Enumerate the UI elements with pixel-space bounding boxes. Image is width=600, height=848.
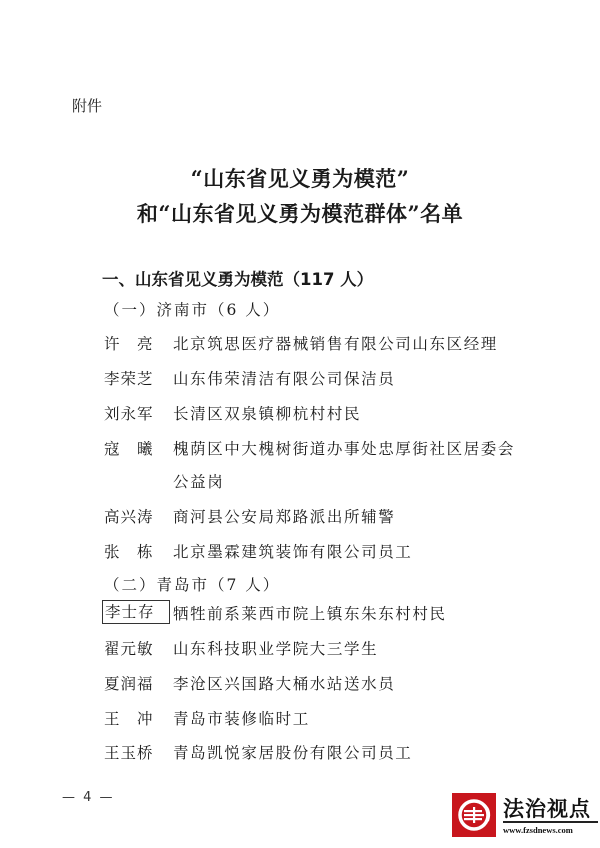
person-name: 许 亮	[104, 332, 166, 354]
person-description: 长清区双泉镇柳杭村村民	[173, 402, 361, 424]
document-title-line2: 和“山东省见义勇为模范群体”名单	[0, 198, 600, 228]
person-name: 李荣芝	[104, 367, 166, 389]
watermark-url: www.fzsdnews.com	[503, 825, 573, 835]
person-name: 寇 曦	[104, 437, 166, 459]
subsection-heading-jinan: （一）济南市（6 人）	[104, 298, 280, 320]
person-name: 张 栋	[104, 540, 166, 562]
subsection-heading-qingdao: （二）青岛市（7 人）	[104, 573, 280, 595]
page-number: — 4 —	[62, 790, 115, 805]
person-description: 山东科技职业学院大三学生	[173, 637, 378, 659]
person-description: 李沧区兴国路大桶水站送水员	[173, 672, 395, 694]
person-name-highlighted: 李士存	[102, 600, 170, 624]
watermark-divider	[503, 821, 598, 823]
watermark-name: 法治视点	[503, 793, 591, 823]
person-name: 刘永军	[104, 402, 166, 424]
person-name: 翟元敏	[104, 637, 166, 659]
person-description: 北京墨霖建筑装饰有限公司员工	[173, 540, 412, 562]
watermark-logo: 法治视点 www.fzsdnews.com	[452, 793, 598, 838]
person-name: 王 冲	[104, 707, 166, 729]
document-title-line1: “山东省见义勇为模范”	[0, 163, 600, 193]
person-description: 槐荫区中大槐树街道办事处忠厚街社区居委会	[173, 437, 515, 459]
person-description: 山东伟荣清洁有限公司保洁员	[173, 367, 395, 389]
section-heading: 一、山东省见义勇为模范（117 人）	[102, 266, 373, 290]
person-description: 青岛凯悦家居股份有限公司员工	[173, 741, 412, 763]
person-description: 青岛市装修临时工	[173, 707, 310, 729]
person-description: 商河县公安局郑路派出所辅警	[173, 505, 395, 527]
person-name: 夏润福	[104, 672, 166, 694]
person-description: 牺牲前系莱西市院上镇东朱东村村民	[173, 602, 447, 624]
person-description-continued: 公益岗	[173, 470, 224, 492]
person-name: 高兴涛	[104, 505, 166, 527]
person-name: 王玉桥	[104, 741, 166, 763]
fazhi-logo-icon	[452, 793, 496, 837]
attachment-label: 附件	[72, 95, 102, 116]
person-description: 北京筑思医疗器械销售有限公司山东区经理	[173, 332, 498, 354]
